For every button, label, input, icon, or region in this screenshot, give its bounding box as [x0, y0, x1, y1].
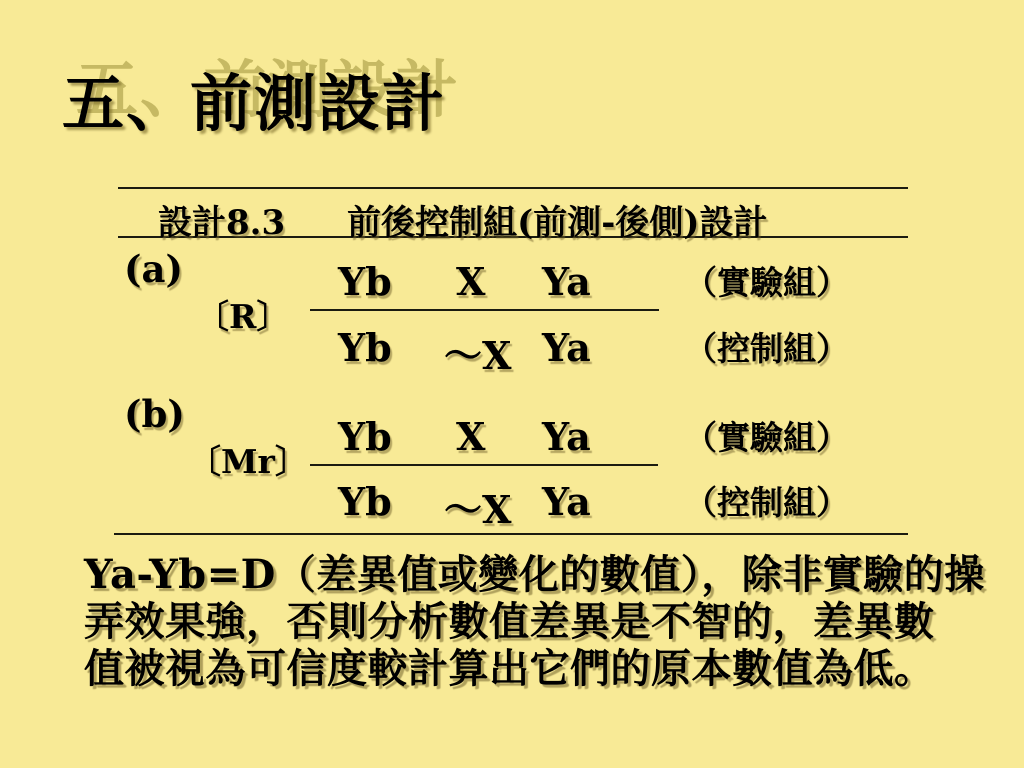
section-a-assignment: 〔R〕	[196, 291, 289, 338]
note-line: 值被視為可信度較計算出它們的原本數值為低。	[84, 645, 985, 692]
section-b-divider-rule	[310, 464, 658, 466]
section-a-divider-rule	[310, 309, 659, 311]
cell-treatment: ～X	[444, 325, 511, 380]
cell-group: （控制組）	[684, 477, 849, 524]
design-caption: 設計8.3前後控制組(前測-後側)設計	[158, 195, 767, 244]
cell-treatment: ～X	[444, 479, 511, 534]
cell-group: （控制組）	[684, 323, 849, 370]
note-paragraph: Ya-Yb=D（差異值或變化的數值），除非實驗的操 弄效果強，否則分析數值差異是…	[84, 551, 985, 692]
note-line: Ya-Yb=D（差異值或變化的數值），除非實驗的操	[84, 551, 985, 598]
cell-treatment: X	[456, 259, 485, 304]
design-caption-number: 設計8.3	[158, 203, 285, 243]
section-b-label: (b)	[124, 392, 185, 436]
design-caption-title: 前後控制組(前測-後側)設計	[347, 203, 767, 243]
section-a-label: (a)	[124, 247, 183, 291]
cell-posttest: Ya	[542, 414, 591, 459]
cell-group: （實驗組）	[684, 257, 849, 304]
cell-pretest: Yb	[338, 479, 392, 524]
slide-canvas: 五、前測設計 五、前測設計 設計8.3前後控制組(前測-後側)設計 (a) 〔R…	[0, 0, 1024, 768]
cell-group: （實驗組）	[684, 412, 849, 459]
cell-pretest: Yb	[338, 325, 392, 370]
cell-posttest: Ya	[542, 479, 591, 524]
cell-treatment: X	[456, 414, 485, 459]
cell-posttest: Ya	[542, 325, 591, 370]
cell-pretest: Yb	[338, 414, 392, 459]
note-line: 弄效果強，否則分析數值差異是不智的，差異數	[84, 598, 985, 645]
slide-title: 五、前測設計	[62, 54, 446, 143]
table-top-rule	[118, 187, 908, 189]
cell-posttest: Ya	[542, 259, 591, 304]
section-b-assignment: 〔Mr〕	[188, 436, 308, 483]
cell-pretest: Yb	[338, 259, 392, 304]
